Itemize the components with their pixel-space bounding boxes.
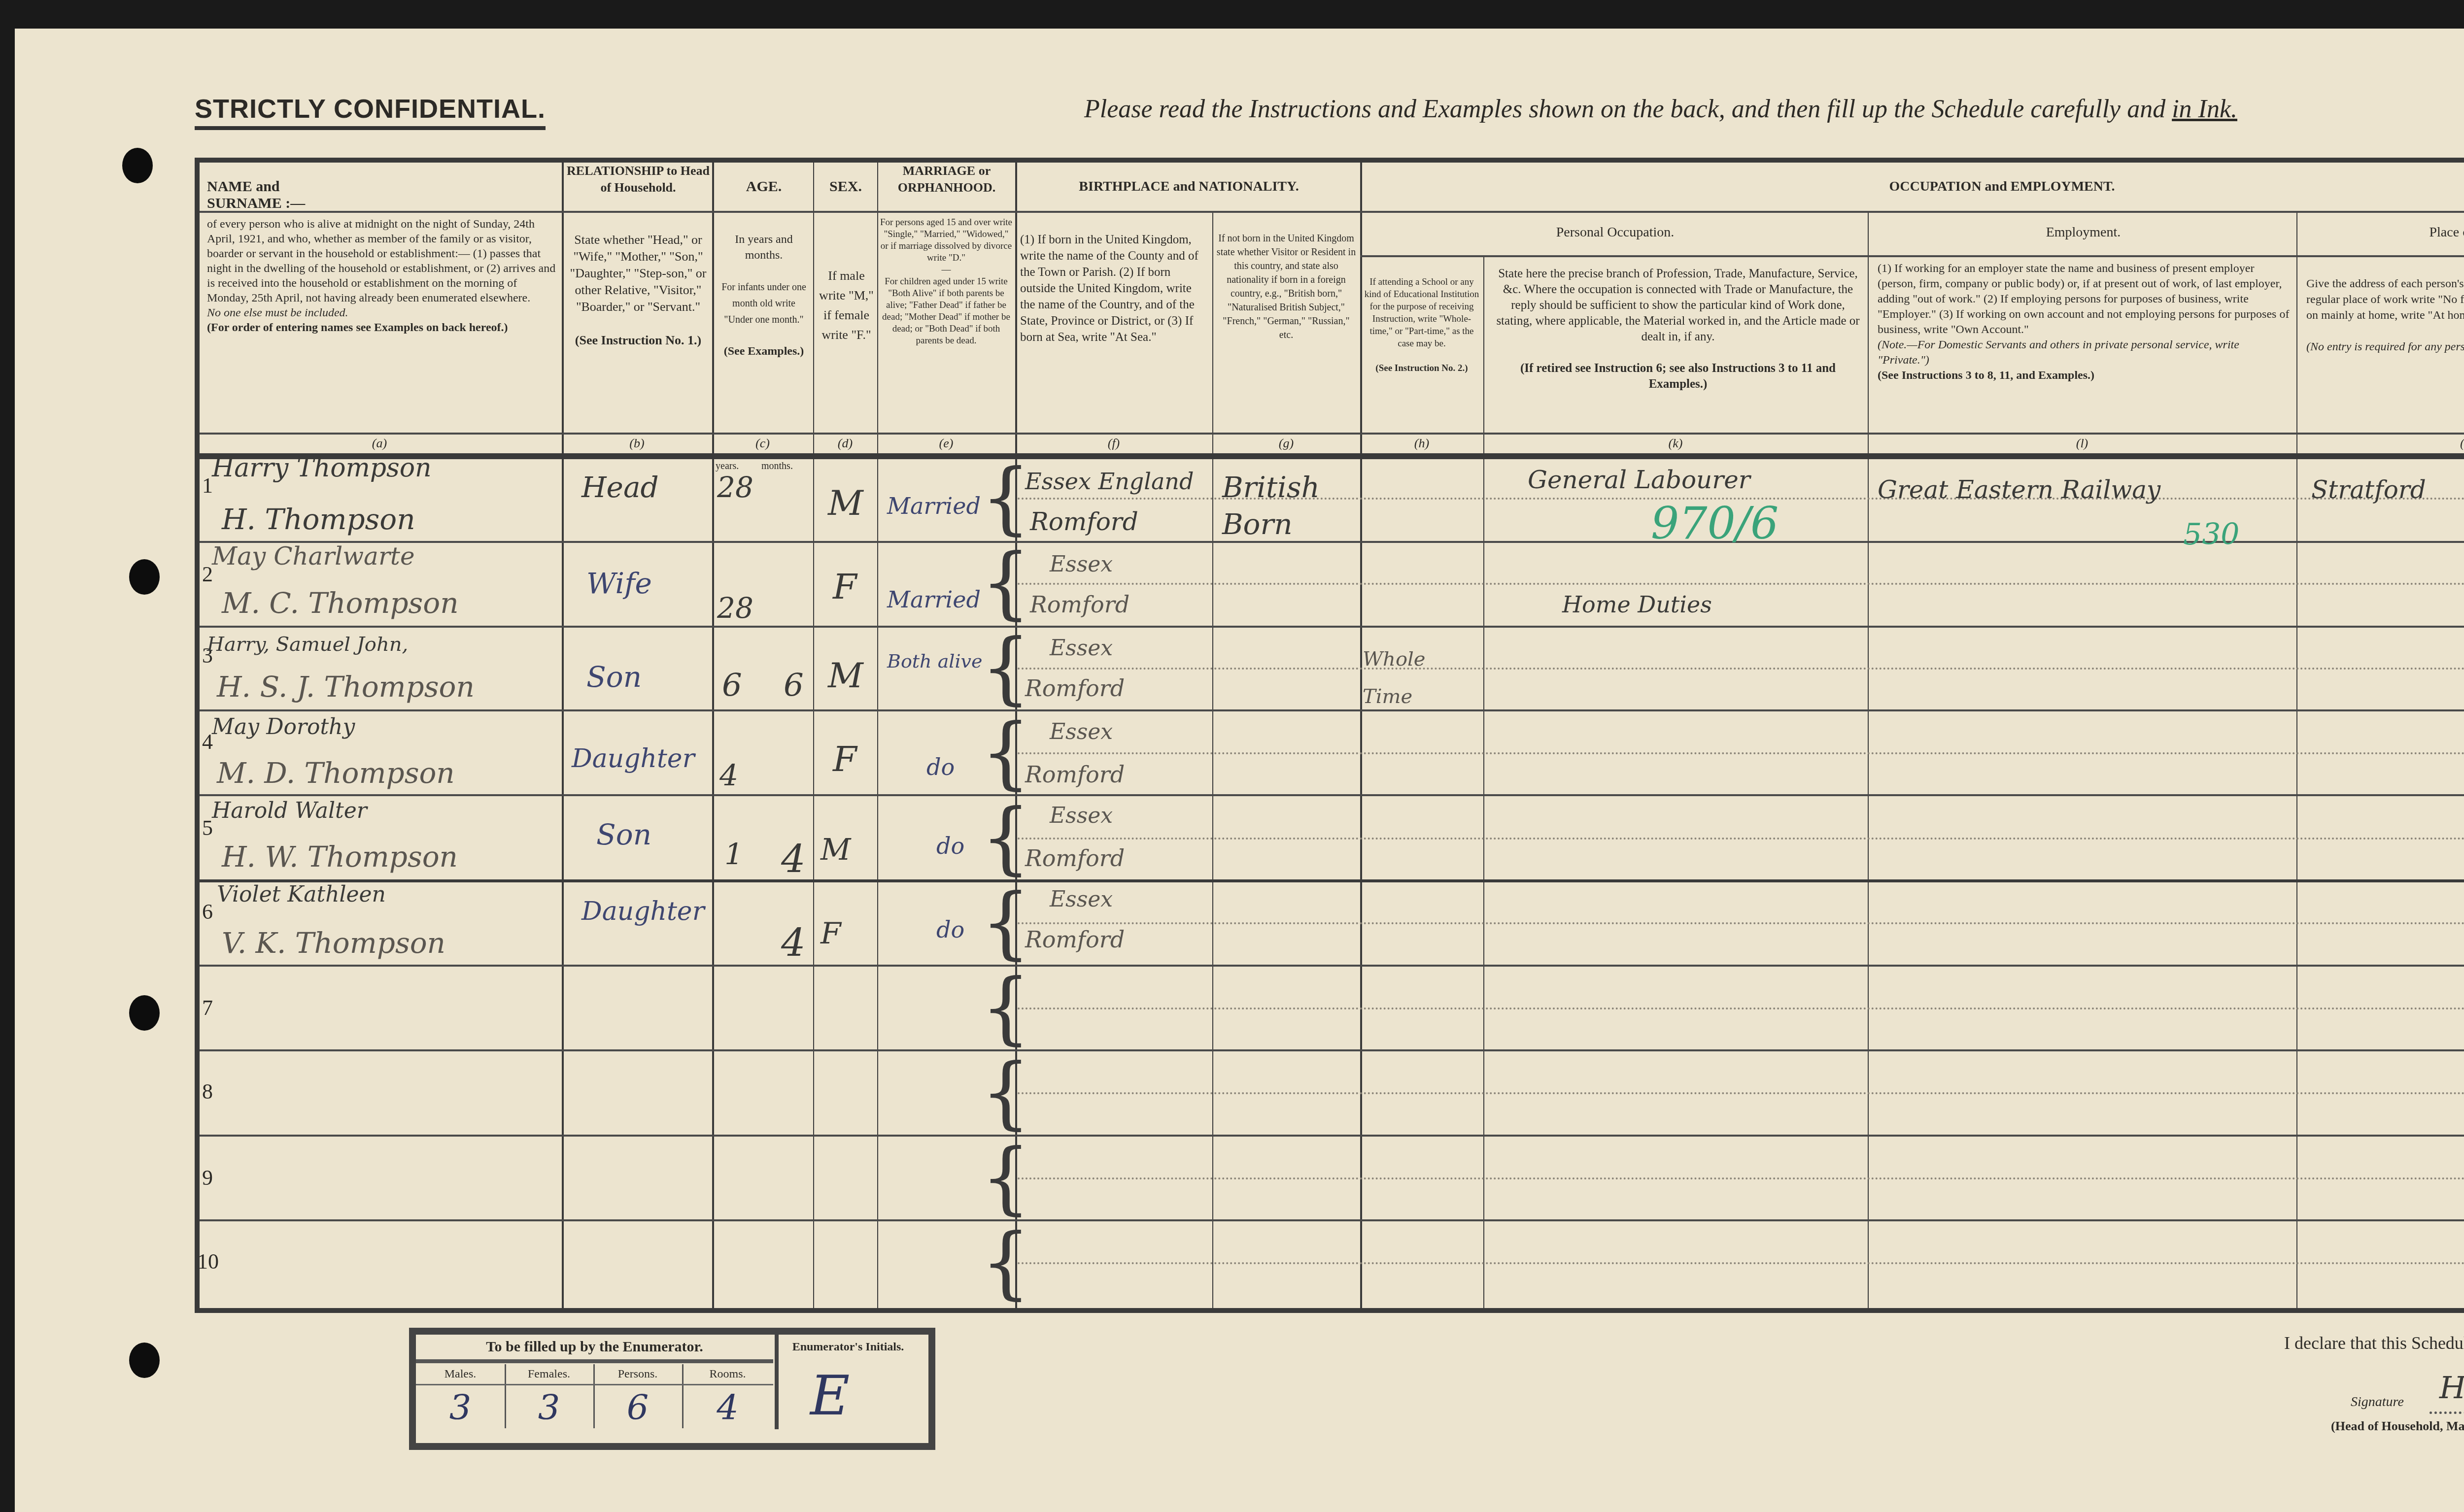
column-heading-occupation-group: OCCUPATION and EMPLOYMENT. bbox=[1363, 178, 2464, 195]
marriage-value[interactable]: Married bbox=[887, 493, 981, 519]
rooms-column: Rooms. 4 bbox=[682, 1364, 773, 1428]
header-rule bbox=[1360, 211, 2464, 213]
employment-code: 530 bbox=[2183, 517, 2240, 552]
header-rule bbox=[1360, 255, 2464, 257]
sex-value[interactable]: M bbox=[828, 655, 863, 696]
relationship-value[interactable]: Son bbox=[596, 818, 651, 851]
column-letter-g: (g) bbox=[1212, 436, 1360, 451]
brace-icon: { bbox=[981, 1053, 1031, 1132]
row-divider bbox=[200, 965, 2464, 967]
row-midline bbox=[1018, 922, 2464, 924]
row-midline bbox=[1018, 752, 2464, 754]
males-label: Males. bbox=[416, 1364, 505, 1385]
age-instruction-note: (See Examples.) bbox=[724, 345, 804, 358]
row-number: 7 bbox=[202, 995, 213, 1020]
occupation-value[interactable]: General Labourer bbox=[1528, 466, 1750, 494]
males-column: Males. 3 bbox=[416, 1364, 506, 1428]
row-number: 6 bbox=[202, 899, 213, 924]
name-instruction-order: (For order of entering names see Example… bbox=[207, 321, 508, 334]
row-number: 2 bbox=[202, 562, 213, 587]
school-column-instructions: If attending a School or any kind of Edu… bbox=[1363, 276, 1481, 374]
row-number: 10 bbox=[197, 1249, 219, 1274]
birth-town-value[interactable]: Romford bbox=[1025, 675, 1125, 702]
name-instruction-note: No one else must be included. bbox=[207, 306, 348, 319]
column-letter-h: (h) bbox=[1360, 436, 1483, 451]
name-instruction-text: of every person who is alive at midnight… bbox=[207, 218, 555, 304]
row-number: 4 bbox=[202, 729, 213, 754]
place-of-work-value[interactable]: Stratford bbox=[2311, 475, 2426, 504]
employment-instruction-note: (Note.—For Domestic Servants and others … bbox=[1878, 338, 2239, 367]
punch-hole-icon bbox=[122, 148, 153, 183]
employment-instructions: (1) If working for an employer state the… bbox=[1878, 261, 2292, 383]
age-months-label: months. bbox=[761, 461, 793, 472]
rooms-label: Rooms. bbox=[682, 1364, 773, 1385]
birthplace-column-instructions: (1) If born in the United Kingdom, write… bbox=[1020, 232, 1207, 345]
birth-town-value[interactable]: Romford bbox=[1025, 761, 1125, 788]
column-letter-b: (b) bbox=[562, 436, 712, 451]
persons-label: Persons. bbox=[593, 1364, 682, 1385]
row-number: 5 bbox=[202, 815, 213, 840]
column-divider bbox=[2296, 212, 2297, 1308]
nationality-value[interactable]: British bbox=[1222, 470, 1320, 504]
males-field[interactable]: 3 bbox=[416, 1385, 505, 1430]
column-divider bbox=[1483, 256, 1484, 1308]
relationship-value[interactable]: Daughter bbox=[582, 897, 705, 926]
punch-hole-icon bbox=[129, 995, 160, 1031]
brace-icon: { bbox=[981, 1138, 1031, 1217]
column-heading-relationship: RELATIONSHIP to Head of Household. bbox=[564, 163, 712, 196]
sex-column-instructions: If male write "M," if female write "F." bbox=[818, 266, 875, 345]
birth-county-value[interactable]: Essex bbox=[1050, 719, 1113, 744]
person-full-name[interactable]: Harold Walter bbox=[212, 798, 367, 823]
employment-value[interactable]: Great Eastern Railway bbox=[1878, 475, 2160, 504]
brace-icon: { bbox=[981, 883, 1031, 962]
brace-icon: { bbox=[981, 713, 1031, 792]
place-of-work-instructions: Give the address of each person's place … bbox=[2306, 276, 2464, 355]
row-midline bbox=[1018, 1177, 2464, 1179]
age-column-instructions: In years and months. For infants under o… bbox=[717, 232, 811, 359]
row-midline bbox=[1018, 1008, 2464, 1009]
age-months-value[interactable]: 4 bbox=[781, 838, 806, 882]
row-divider bbox=[200, 879, 2464, 882]
marriage-value[interactable]: do bbox=[936, 916, 964, 943]
rooms-field[interactable]: 4 bbox=[682, 1385, 773, 1430]
age-years-value[interactable]: 28 bbox=[717, 591, 753, 625]
age-months-value[interactable]: 6 bbox=[784, 668, 804, 704]
brace-icon: { bbox=[981, 543, 1031, 622]
column-divider bbox=[1868, 212, 1869, 1308]
nationality-value-2[interactable]: Born bbox=[1222, 507, 1293, 541]
employment-instruction-see: (See Instructions 3 to 8, 11, and Exampl… bbox=[1878, 369, 2094, 382]
marriage-instruction-adults: For persons aged 15 and over write "Sing… bbox=[880, 217, 1012, 263]
age-instruction-infants: For infants under one month old write "U… bbox=[721, 282, 806, 325]
row-midline bbox=[1018, 1262, 2464, 1264]
row-number: 9 bbox=[202, 1165, 213, 1190]
signature-line bbox=[2430, 1411, 2464, 1414]
column-letter-m: (m) bbox=[2296, 436, 2464, 451]
employment-instruction-text: (1) If working for an employer state the… bbox=[1878, 262, 2289, 336]
name-column-instructions: of every person who is alive at midnight… bbox=[207, 217, 557, 335]
birth-county-value[interactable]: Essex England bbox=[1025, 468, 1194, 495]
column-divider bbox=[1212, 212, 1213, 1308]
relationship-instruction-text: State whether "Head," or "Wife," "Mother… bbox=[570, 233, 707, 314]
person-name[interactable]: H. Thompson bbox=[222, 503, 415, 536]
occupation-instruction-note: (If retired see Instruction 6; see also … bbox=[1520, 362, 1836, 391]
column-heading-age: AGE. bbox=[715, 178, 813, 195]
person-full-name[interactable]: May Dorothy bbox=[212, 714, 355, 739]
row-divider bbox=[200, 541, 2464, 543]
person-name[interactable]: M. C. Thompson bbox=[222, 586, 459, 620]
relationship-value[interactable]: Head bbox=[582, 470, 659, 504]
column-letter-e: (e) bbox=[877, 436, 1015, 451]
enumerator-summary-box: To be filled up by the Enumerator. Enume… bbox=[409, 1328, 935, 1450]
column-heading-name: NAME and SURNAME :— bbox=[207, 178, 355, 212]
instruction-banner: Please read the Instructions and Example… bbox=[1084, 95, 2237, 124]
column-heading-employment: Employment. bbox=[1870, 224, 2296, 241]
row-midline bbox=[1018, 1092, 2464, 1094]
birth-county-value[interactable]: Essex bbox=[1050, 803, 1113, 828]
row-midline bbox=[1018, 838, 2464, 840]
persons-column: Persons. 6 bbox=[593, 1364, 684, 1428]
enumerator-summary-heading: To be filled up by the Enumerator. bbox=[416, 1335, 773, 1363]
column-heading-marriage: MARRIAGE or ORPHANHOOD. bbox=[878, 163, 1015, 196]
brace-icon: { bbox=[981, 968, 1031, 1047]
brace-icon: { bbox=[981, 1223, 1031, 1302]
punch-hole-icon bbox=[129, 559, 160, 595]
school-value[interactable]: Whole Time bbox=[1363, 640, 1471, 715]
age-years-value[interactable]: 6 bbox=[722, 668, 742, 704]
place-instruction-text: Give the address of each person's place … bbox=[2306, 277, 2464, 322]
person-name[interactable]: H. S. J. Thompson bbox=[217, 670, 475, 704]
column-heading-sex: SEX. bbox=[814, 178, 877, 195]
box-divider bbox=[775, 1335, 779, 1429]
person-name[interactable]: M. D. Thompson bbox=[217, 756, 455, 790]
marriage-value[interactable]: Married bbox=[887, 586, 981, 613]
row-midline bbox=[1018, 668, 2464, 670]
sex-value[interactable]: M bbox=[828, 483, 863, 523]
relationship-value[interactable]: Son bbox=[586, 660, 642, 694]
birth-county-value[interactable]: Essex bbox=[1050, 636, 1113, 661]
marriage-column-instructions: For persons aged 15 and over write "Sing… bbox=[880, 217, 1013, 347]
person-full-name[interactable]: May Charlwarte bbox=[212, 542, 415, 571]
sex-value[interactable]: F bbox=[833, 739, 857, 779]
birth-county-value[interactable]: Essex bbox=[1050, 887, 1113, 912]
females-column: Females. 3 bbox=[505, 1364, 595, 1428]
header-bottom-rule bbox=[200, 453, 2464, 459]
occupation-value[interactable]: Home Duties bbox=[1562, 591, 1712, 618]
header-rule bbox=[200, 211, 1360, 213]
occupation-code: 970/6 bbox=[1651, 498, 1779, 549]
birth-county-value[interactable]: Essex bbox=[1050, 552, 1113, 577]
birth-town-value[interactable]: Romford bbox=[1030, 591, 1129, 618]
age-instruction-text: In years and months. bbox=[735, 233, 792, 262]
enumerator-initials-heading: Enumerator's Initials. bbox=[782, 1335, 915, 1359]
persons-field[interactable]: 6 bbox=[593, 1385, 682, 1430]
signature-field[interactable]: H. Thompson bbox=[2439, 1370, 2464, 1406]
brace-icon: { bbox=[981, 798, 1031, 877]
row-divider bbox=[200, 1219, 2464, 1221]
column-heading-birthplace: BIRTHPLACE and NATIONALITY. bbox=[1018, 178, 1360, 195]
instruction-emphasis: in Ink. bbox=[2172, 95, 2237, 123]
personal-occupation-instructions: State here the precise branch of Profess… bbox=[1493, 266, 1863, 392]
sex-value[interactable]: M bbox=[821, 833, 851, 867]
person-name[interactable]: H. W. Thompson bbox=[222, 840, 458, 874]
row-number: 8 bbox=[202, 1079, 213, 1104]
age-years-value[interactable]: 28 bbox=[717, 470, 753, 504]
row-divider bbox=[200, 709, 2464, 711]
age-months-value[interactable]: 4 bbox=[781, 921, 806, 966]
females-field[interactable]: 3 bbox=[505, 1385, 593, 1430]
person-name[interactable]: V. K. Thompson bbox=[222, 926, 445, 960]
birth-town-value[interactable]: Romford bbox=[1030, 507, 1138, 536]
signature-label: Signature bbox=[2351, 1394, 2404, 1410]
instruction-text: Please read the Instructions and Example… bbox=[1084, 95, 2165, 123]
column-letter-a: (a) bbox=[197, 436, 562, 451]
person-full-name[interactable]: Harry, Samuel John, bbox=[207, 633, 408, 656]
brace-icon: { bbox=[981, 458, 1031, 537]
females-label: Females. bbox=[505, 1364, 593, 1385]
column-letter-c: (c) bbox=[712, 436, 813, 451]
school-instruction-text: If attending a School or any kind of Edu… bbox=[1365, 277, 1479, 349]
row-divider bbox=[200, 1135, 2464, 1137]
occupation-instruction-text: State here the precise branch of Profess… bbox=[1496, 267, 1859, 343]
sex-value[interactable]: F bbox=[833, 567, 857, 607]
enumerator-initials-field[interactable]: E bbox=[810, 1364, 850, 1427]
relationship-column-instructions: State whether "Head," or "Wife," "Mother… bbox=[567, 232, 710, 349]
sex-value[interactable]: F bbox=[821, 916, 841, 951]
column-heading-personal-occupation: Personal Occupation. bbox=[1363, 224, 1868, 241]
row-divider bbox=[200, 626, 2464, 628]
column-letter-d: (d) bbox=[813, 436, 877, 451]
marriage-value[interactable]: Both alive bbox=[887, 650, 1005, 672]
row-midline bbox=[1018, 583, 2464, 585]
relationship-value[interactable]: Wife bbox=[586, 567, 652, 600]
row-divider bbox=[200, 794, 2464, 796]
relationship-value[interactable]: Daughter bbox=[572, 744, 695, 773]
birth-town-value[interactable]: Romford bbox=[1025, 845, 1125, 872]
marriage-instruction-children: For children aged under 15 write "Both A… bbox=[882, 276, 1010, 346]
person-full-name[interactable]: Harry Thompson bbox=[212, 453, 432, 483]
school-instruction-note: (See Instruction No. 2.) bbox=[1375, 363, 1468, 373]
age-years-value[interactable]: 4 bbox=[719, 759, 738, 793]
marriage-value[interactable]: do bbox=[936, 833, 964, 859]
row-divider bbox=[200, 1049, 2464, 1051]
form-title: STRICTLY CONFIDENTIAL. bbox=[195, 94, 546, 130]
age-years-value[interactable]: 1 bbox=[724, 838, 743, 872]
relationship-instruction-note: (See Instruction No. 1.) bbox=[575, 333, 701, 347]
column-letter-l: (l) bbox=[1868, 436, 2296, 451]
birth-town-value[interactable]: Romford bbox=[1025, 926, 1125, 953]
column-letter-k: (k) bbox=[1483, 436, 1868, 451]
signature-note: (Head of Household, Manager of Establish… bbox=[2331, 1419, 2464, 1434]
punch-hole-icon bbox=[129, 1343, 160, 1378]
column-letter-f: (f) bbox=[1015, 436, 1212, 451]
header-rule bbox=[200, 433, 2464, 435]
column-heading-place-of-work: Place of Work. bbox=[2299, 224, 2464, 241]
person-full-name[interactable]: Violet Kathleen bbox=[217, 882, 386, 907]
row-number: 1 bbox=[202, 473, 213, 498]
declaration-text: I declare that this Schedule is correctl… bbox=[2284, 1333, 2464, 1353]
nationality-column-instructions: If not born in the United Kingdom state … bbox=[1215, 232, 1358, 342]
marriage-value[interactable]: do bbox=[926, 754, 955, 780]
place-instruction-note: (No entry is required for any person who… bbox=[2306, 340, 2464, 353]
